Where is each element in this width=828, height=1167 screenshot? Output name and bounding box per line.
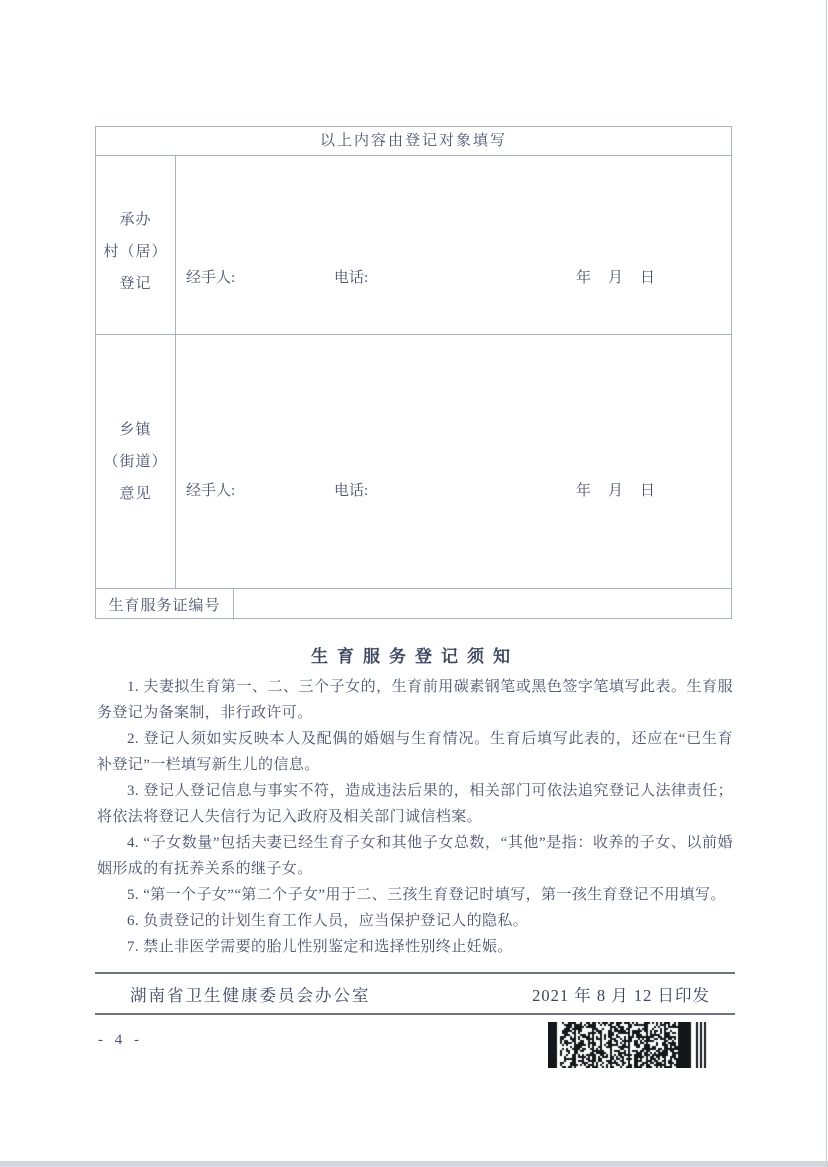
notice-item-7: 7. 禁止非医学需要的胎儿性别鉴定和选择性别终止妊娠。 (97, 934, 733, 960)
day-label: 日 (640, 480, 655, 502)
label-line: 乡镇 (119, 414, 151, 446)
month-label: 月 (608, 480, 623, 502)
phone-label: 电话: (334, 267, 368, 289)
township-opinion-cell: 经手人: 电话: 年 月 日 (176, 335, 731, 588)
registration-table: 以上内容由登记对象填写 承办 村（居） 登记 经手人: 电话: 年 月 日 乡镇… (95, 126, 732, 619)
village-registration-cell: 经手人: 电话: 年 月 日 (176, 155, 731, 334)
notice-item-1: 1. 夫妻拟生育第一、二、三个子女的，生育前用碳素钢笔或黑色签字笔填写此表。生育… (97, 674, 733, 726)
notice-item-5: 5. “第一个子女”“第二个子女”用于二、三孩生育登记时填写，第一孩生育登记不用… (97, 882, 733, 908)
year-label: 年 (576, 267, 591, 289)
notice-item-3: 3. 登记人登记信息与事实不符，造成违法后果的，相关部门可依法追究登记人法律责任… (97, 778, 733, 830)
date-labels: 年 月 日 (576, 480, 655, 502)
notice-item-2: 2. 登记人须如实反映本人及配偶的婚姻与生育情况。生育后填写此表的，还应在“已生… (97, 726, 733, 778)
year-label: 年 (576, 480, 591, 502)
notice-item-4: 4. “子女数量”包括夫妻已经生育子女和其他子女总数，“其他”是指：收养的子女、… (97, 830, 733, 882)
month-label: 月 (608, 267, 623, 289)
day-label: 日 (640, 267, 655, 289)
label-line: 村（居） (103, 236, 167, 268)
cert-number-label: 生育服务证编号 (96, 589, 234, 620)
label-line: 意见 (119, 478, 151, 510)
scanned-form-page: { "table": { "header": "以上内容由登记对象填写", "r… (0, 0, 828, 1167)
barcode-icon (548, 1022, 710, 1068)
colophon-bar: 湖南省卫生健康委员会办公室 2021 年 8 月 12 日印发 (95, 972, 735, 1015)
township-fill-line: 经手人: 电话: 年 月 日 (176, 480, 731, 502)
label-line: 登记 (119, 268, 151, 300)
notice-item-6: 6. 负责登记的计划生育工作人员，应当保护登记人的隐私。 (97, 908, 733, 934)
issuing-office: 湖南省卫生健康委员会办公室 (130, 982, 371, 1006)
label-line: （街道） (103, 446, 167, 478)
notice-body: 1. 夫妻拟生育第一、二、三个子女的，生育前用碳素钢笔或黑色签字笔填写此表。生育… (97, 674, 733, 960)
village-registration-row: 承办 村（居） 登记 经手人: 电话: 年 月 日 (96, 155, 731, 335)
village-registration-label: 承办 村（居） 登记 (96, 155, 176, 334)
cert-number-field (234, 589, 731, 620)
handler-label: 经手人: (186, 267, 235, 289)
print-date: 2021 年 8 月 12 日印发 (532, 982, 710, 1006)
notice-title: 生育服务登记须知 (97, 646, 733, 668)
table-header-cell: 以上内容由登记对象填写 (96, 127, 731, 156)
township-opinion-row: 乡镇 （街道） 意见 经手人: 电话: 年 月 日 (96, 335, 731, 589)
page-number: - 4 - (98, 1032, 143, 1049)
notice-section: 生育服务登记须知 1. 夫妻拟生育第一、二、三个子女的，生育前用碳素钢笔或黑色签… (97, 646, 733, 960)
label-line: 承办 (119, 204, 151, 236)
handler-label: 经手人: (186, 480, 235, 502)
village-fill-line: 经手人: 电话: 年 月 日 (176, 267, 731, 289)
scan-edge-right (826, 0, 827, 1167)
cert-number-row: 生育服务证编号 (96, 589, 731, 620)
date-labels: 年 月 日 (576, 267, 655, 289)
scan-edge-bottom (0, 1161, 828, 1167)
township-opinion-label: 乡镇 （街道） 意见 (96, 335, 176, 588)
phone-label: 电话: (334, 480, 368, 502)
